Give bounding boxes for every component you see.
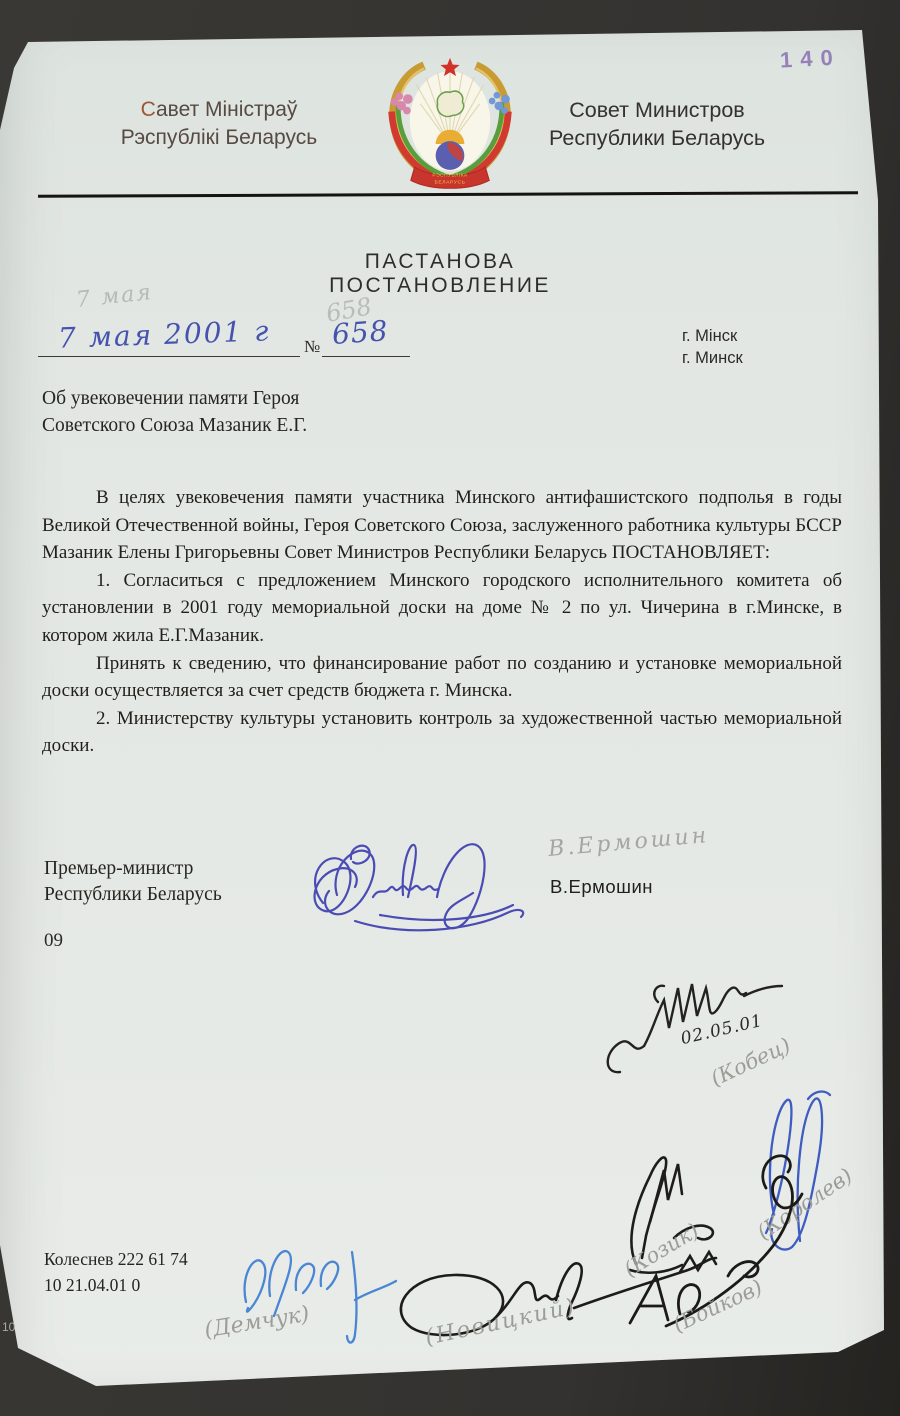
- signature-ermoshin: [285, 823, 535, 941]
- document-body: В целях увековечения памяти участника Ми…: [42, 484, 842, 760]
- file-code: 10 21.04.01 0: [44, 1272, 188, 1298]
- org-name-be-line1: Савет Міністраў: [84, 96, 354, 124]
- number-sign-label: №: [304, 337, 320, 357]
- signer-position: Премьер-министр Республики Беларусь: [44, 856, 222, 908]
- subject-line1: Об увековечении памяти Героя: [42, 386, 307, 413]
- department-code: 09: [44, 930, 63, 952]
- body-paragraph: В целях увековечения памяти участника Ми…: [42, 484, 842, 567]
- body-paragraph: Принять к сведению, что финансирование р…: [42, 650, 842, 705]
- subject-line2: Советского Союза Мазаник Е.Г.: [42, 413, 307, 440]
- org-name-ru-line1: Совет Министров: [522, 96, 792, 124]
- signer-typed-name: В.Ермошин: [550, 876, 653, 898]
- executor-contact: Колеснев 222 61 74: [44, 1246, 188, 1272]
- title-belarusian: ПАСТАНОВА: [150, 250, 730, 274]
- body-paragraph: 2. Министерству культуры установить конт…: [42, 705, 842, 760]
- title-russian: ПОСТАНОВЛЕНИЕ: [150, 274, 730, 298]
- body-paragraph: 1. Согласиться с предложением Минского г…: [42, 567, 842, 650]
- page-number-stamp: 140: [779, 44, 841, 73]
- pencil-signer-name: В.Ермошин: [547, 823, 710, 862]
- number-underline: [322, 356, 410, 357]
- pencil-draft-date: 7 мая: [75, 280, 154, 313]
- place-russian: г. Минск: [682, 348, 743, 370]
- org-name-be-line2: Рэспублікі Беларусь: [84, 124, 354, 152]
- signer-position-line2: Республики Беларусь: [44, 882, 222, 908]
- scan-background: 140 Савет Міністраў Рэспублікі Беларусь: [0, 0, 900, 1416]
- org-name-russian: Совет Министров Республики Беларусь: [522, 96, 792, 152]
- org-name-ru-line2: Республики Беларусь: [522, 124, 792, 152]
- org-name-belarusian: Савет Міністраў Рэспублікі Беларусь: [84, 96, 354, 152]
- emblem-motto-line2: БЕЛАРУСЬ: [435, 179, 466, 185]
- edge-page-mark: 10: [2, 1320, 15, 1334]
- place-belarusian: г. Мінск: [682, 326, 743, 348]
- document-title: ПАСТАНОВА ПОСТАНОВЛЕНИЕ: [150, 250, 730, 298]
- date-underline: [38, 356, 300, 357]
- subject-block: Об увековечении памяти Героя Советского …: [42, 386, 307, 439]
- handwritten-number: 658: [331, 314, 390, 351]
- header-divider: [38, 191, 858, 197]
- coat-of-arms-icon: РЭСПУБЛІКА БЕЛАРУСЬ: [376, 56, 524, 190]
- emblem-motto-line1: РЭСПУБЛІКА: [432, 173, 467, 179]
- handwritten-date: 7 мая 2001 г: [57, 314, 270, 354]
- signer-position-line1: Премьер-министр: [44, 856, 222, 882]
- place-block: г. Мінск г. Минск: [682, 326, 743, 369]
- document-page: 140 Савет Міністраў Рэспублікі Беларусь: [0, 0, 900, 1416]
- footer-block: Колеснев 222 61 74 10 21.04.01 0: [44, 1246, 188, 1298]
